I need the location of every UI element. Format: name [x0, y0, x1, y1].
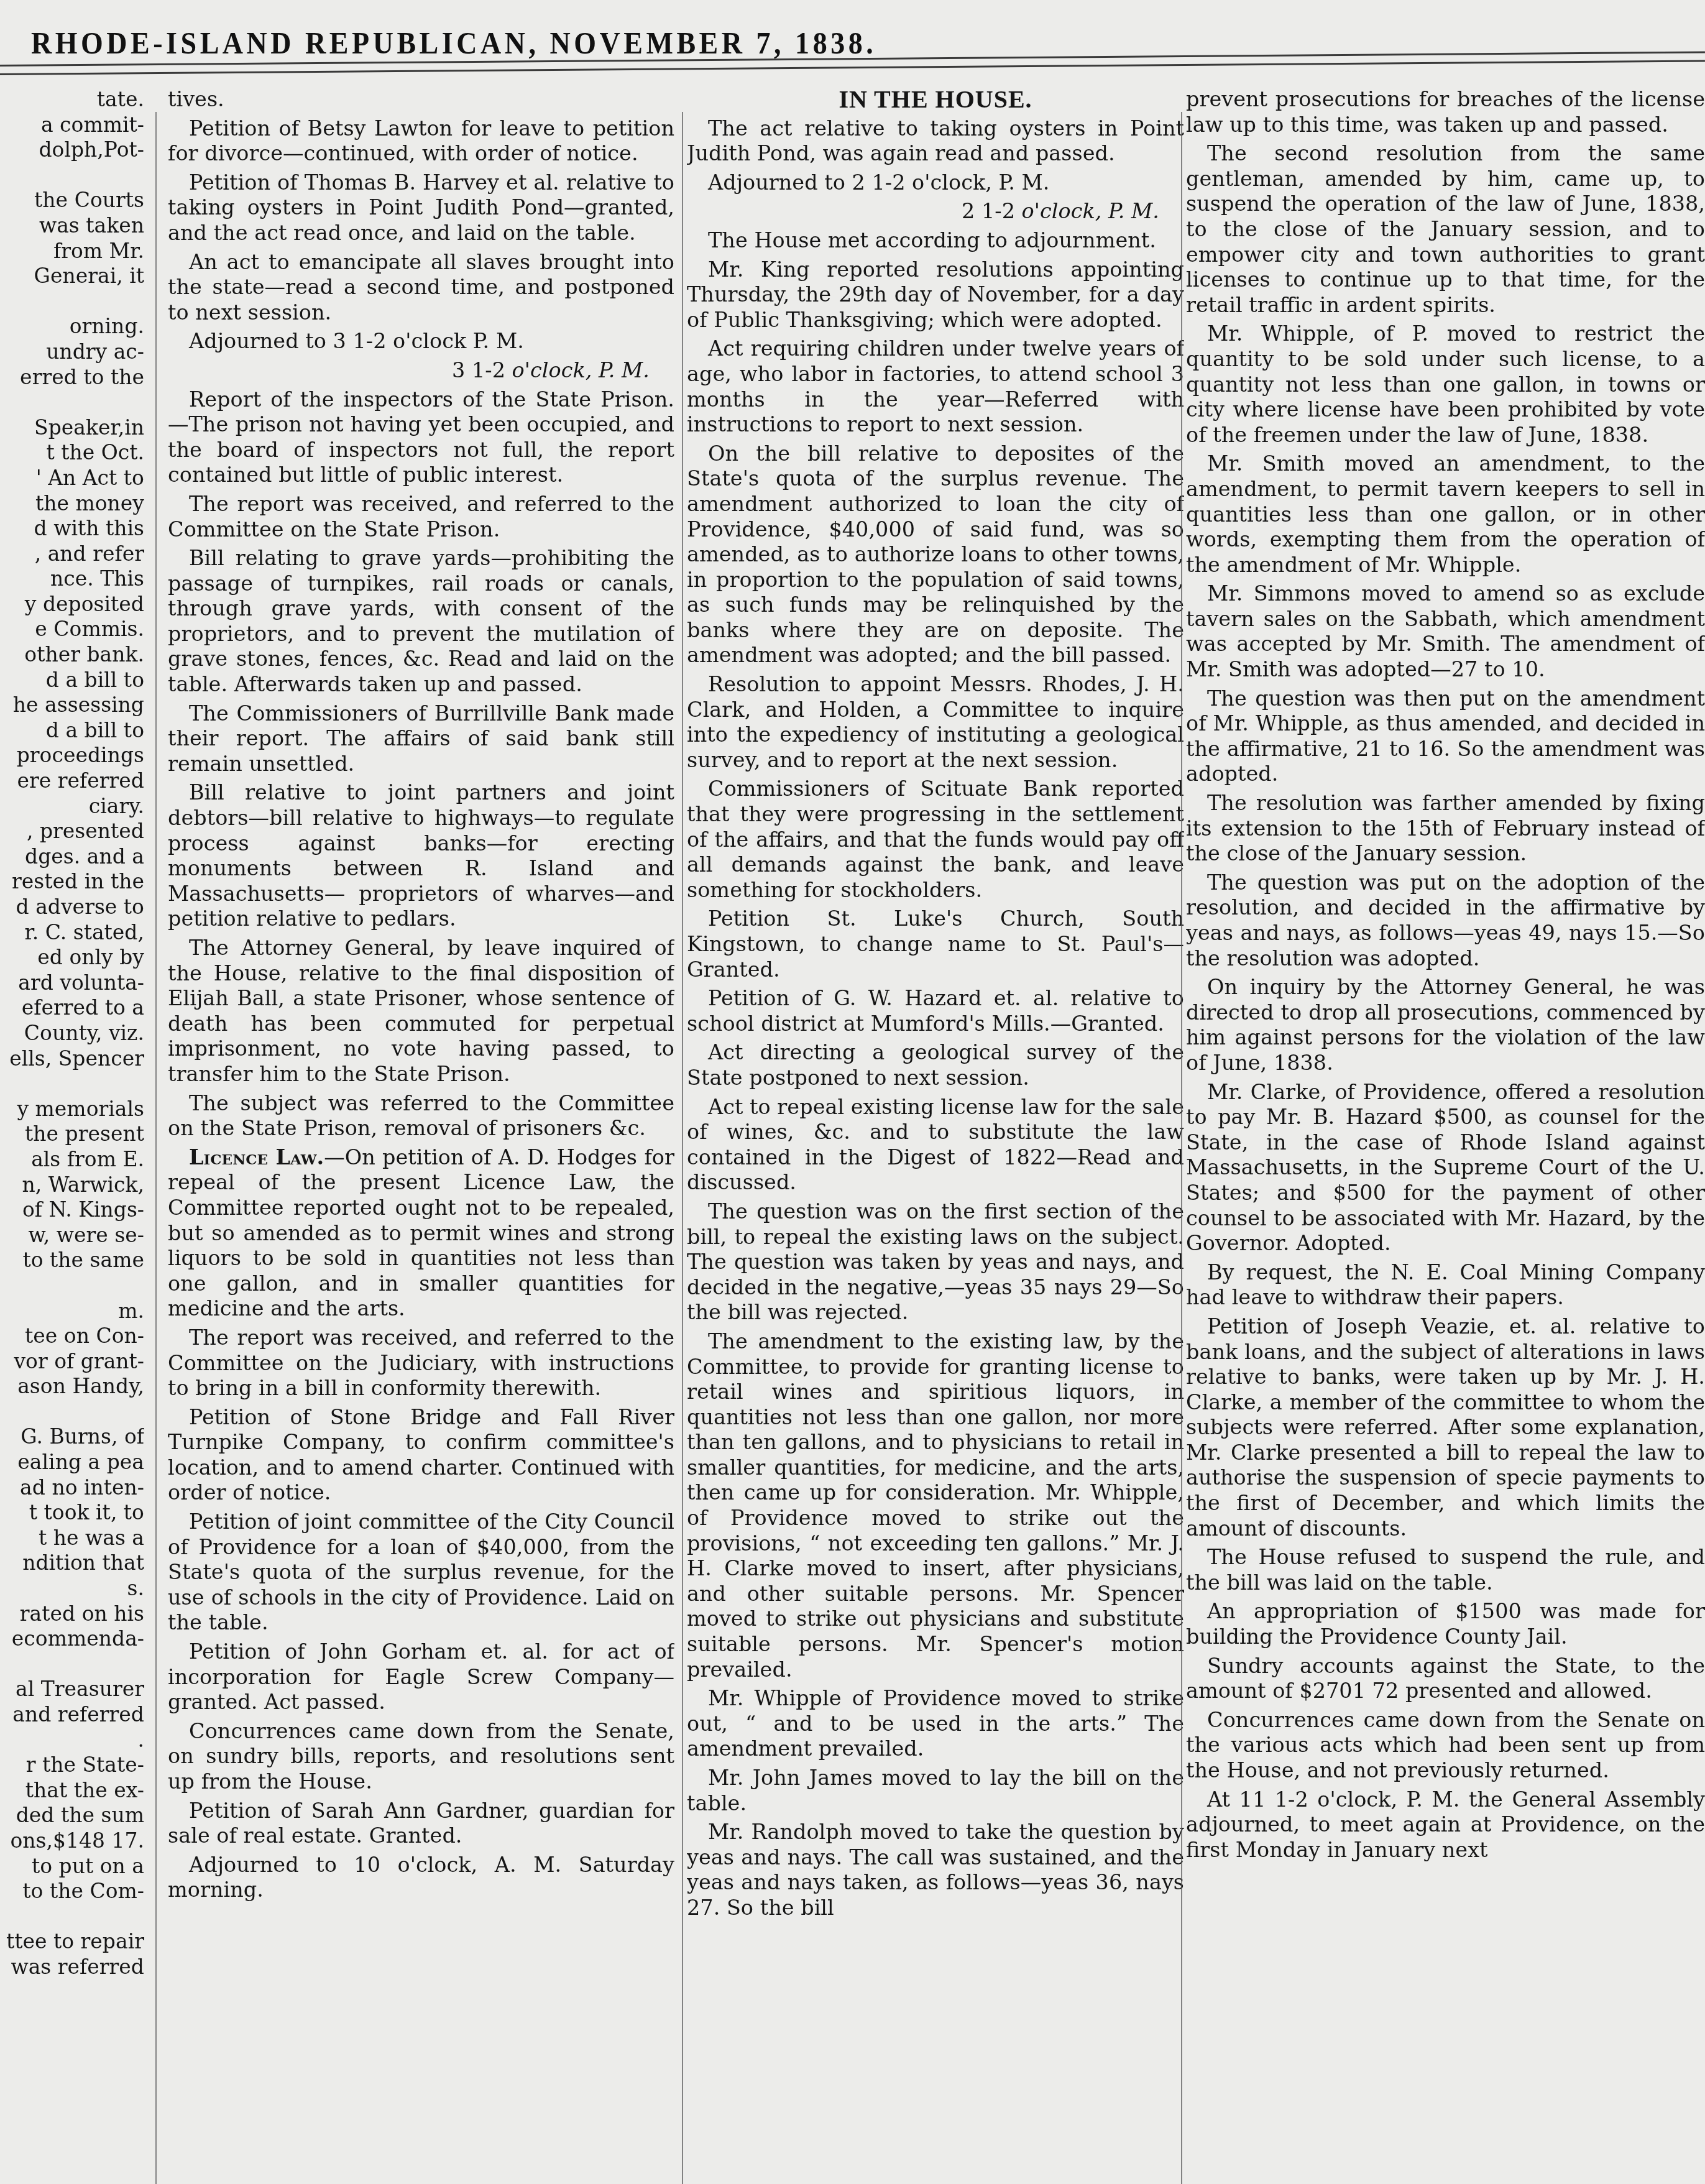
text-fragment: eferred to a: [0, 995, 144, 1021]
text-fragment: was referred: [0, 1955, 144, 1980]
newspaper-page: RHODE-ISLAND REPUBLICAN, NOVEMBER 7, 183…: [0, 0, 1705, 2184]
text-fragment: dolph,Pot-: [0, 137, 144, 163]
article-paragraph: On inquiry by the Attorney General, he w…: [1186, 975, 1705, 1076]
text-fragment: ason Handy,: [0, 1374, 144, 1399]
session-time-heading: 3 1-2 o'clock, P. M.: [168, 358, 674, 384]
article-paragraph: Sundry accounts against the State, to th…: [1186, 1654, 1705, 1704]
text-fragment: als from E.: [0, 1147, 144, 1173]
text-fragment: al Treasurer: [0, 1677, 144, 1702]
text-fragment: [0, 1652, 144, 1677]
text-fragment: [0, 1273, 144, 1299]
text-fragment: t took it, to: [0, 1500, 144, 1526]
text-fragment: y deposited: [0, 592, 144, 617]
column-senate-proceedings: tives.Petition of Betsy Lawton for leave…: [168, 87, 674, 2184]
article-paragraph: Report of the inspectors of the State Pr…: [168, 387, 674, 488]
column-divider: [682, 112, 683, 2184]
article-paragraph: The second resolution from the same gent…: [1186, 141, 1705, 318]
text-fragment: the money: [0, 491, 144, 517]
text-fragment: Generai, it: [0, 264, 144, 289]
text-fragment: ciary.: [0, 794, 144, 819]
article-paragraph: The subject was referred to the Committe…: [168, 1091, 674, 1141]
article-paragraph: An act to emancipate all slaves brought …: [168, 250, 674, 326]
text-fragment: [0, 1071, 144, 1097]
text-fragment: ttee to repair: [0, 1929, 144, 1955]
text-fragment: from Mr.: [0, 239, 144, 264]
article-paragraph: Bill relating to grave yards—prohibiting…: [168, 546, 674, 698]
text-fragment: proceedings: [0, 743, 144, 768]
article-paragraph: Act to repeal existing license law for t…: [687, 1095, 1184, 1196]
article-paragraph: An appropriation of $1500 was made for b…: [1186, 1599, 1705, 1649]
text-fragment: ard volunta-: [0, 970, 144, 996]
column-in-the-house: IN THE HOUSE. The act relative to taking…: [687, 87, 1184, 2184]
text-fragment: other bank.: [0, 642, 144, 668]
text-fragment: [0, 1399, 144, 1425]
text-fragment: County, viz.: [0, 1021, 144, 1046]
paragraph-heading: Licence Law.: [189, 1145, 324, 1169]
article-paragraph: On the bill relative to deposites of the…: [687, 441, 1184, 668]
article-paragraph: Licence Law.—On petition of A. D. Hodges…: [168, 1145, 674, 1322]
text-fragment: ded the sum: [0, 1803, 144, 1828]
article-paragraph: Mr. King reported resolutions appointing…: [687, 257, 1184, 333]
text-fragment: r the State-: [0, 1753, 144, 1778]
article-paragraph: The amendment to the existing law, by th…: [687, 1329, 1184, 1682]
text-fragment: n, Warwick,: [0, 1173, 144, 1198]
article-paragraph: Adjourned to 2 1-2 o'clock, P. M.: [687, 170, 1184, 196]
text-fragment: t he was a: [0, 1526, 144, 1551]
article-paragraph: Mr. Smith moved an amendment, to the ame…: [1186, 451, 1705, 578]
article-paragraph: The report was received, and referred to…: [168, 1325, 674, 1401]
article-paragraph: By request, the N. E. Coal Mining Compan…: [1186, 1260, 1705, 1311]
article-paragraph: At 11 1-2 o'clock, P. M. the General Ass…: [1186, 1787, 1705, 1863]
text-fragment: r. C. stated,: [0, 920, 144, 946]
text-fragment: [0, 1904, 144, 1930]
text-fragment: orning.: [0, 314, 144, 339]
article-paragraph: prevent prosecutions for breaches of the…: [1186, 87, 1705, 137]
text-fragment: d adverse to: [0, 895, 144, 920]
article-paragraph: The question was then put on the amendme…: [1186, 686, 1705, 787]
article-paragraph: Bill relative to joint partners and join…: [168, 780, 674, 932]
text-fragment: s.: [0, 1576, 144, 1601]
text-fragment: vor of grant-: [0, 1349, 144, 1375]
text-fragment: he assessing: [0, 693, 144, 718]
text-fragment: ealing a pea: [0, 1450, 144, 1475]
text-fragment: ons,$148 17.: [0, 1828, 144, 1854]
article-paragraph: Resolution to appoint Messrs. Rhodes, J.…: [687, 672, 1184, 773]
article-paragraph: The Attorney General, by leave inquired …: [168, 936, 674, 1087]
article-paragraph: The Commissioners of Burrillville Bank m…: [168, 701, 674, 777]
text-fragment: [0, 390, 144, 415]
article-paragraph: Mr. John James moved to lay the bill on …: [687, 1766, 1184, 1816]
article-paragraph: Mr. Clarke, of Providence, offered a res…: [1186, 1080, 1705, 1256]
text-fragment: ' An Act to: [0, 466, 144, 491]
text-fragment: G. Burns, of: [0, 1424, 144, 1450]
text-fragment: [0, 163, 144, 188]
text-fragment: that the ex-: [0, 1778, 144, 1804]
article-paragraph: Act requiring children under twelve year…: [687, 336, 1184, 437]
text-fragment: ed only by: [0, 945, 144, 970]
article-paragraph: The act relative to taking oysters in Po…: [687, 116, 1184, 167]
section-title-in-the-house: IN THE HOUSE.: [687, 87, 1184, 113]
time-number: 2 1-2: [962, 199, 1015, 223]
text-fragment: dges. and a: [0, 844, 144, 870]
article-paragraph: Mr. Whipple, of P. moved to restrict the…: [1186, 321, 1705, 448]
text-fragment: tate.: [0, 87, 144, 113]
column-divider: [155, 112, 157, 2184]
text-fragment: undry ac-: [0, 339, 144, 365]
text-fragment: Speaker,in: [0, 415, 144, 441]
text-fragment: to the same: [0, 1248, 144, 1273]
text-fragment: , and refer: [0, 541, 144, 567]
article-paragraph: Petition of G. W. Hazard et. al. relativ…: [687, 986, 1184, 1036]
text-fragment: to put on a: [0, 1854, 144, 1879]
article-paragraph: Petition of Joseph Veazie, et. al. relat…: [1186, 1314, 1705, 1541]
text-fragment: the present: [0, 1122, 144, 1147]
article-paragraph: Petition of Sarah Ann Gardner, guardian …: [168, 1799, 674, 1849]
article-paragraph: Petition of Stone Bridge and Fall River …: [168, 1405, 674, 1506]
article-paragraph: Concurrences came down from the Senate, …: [168, 1719, 674, 1795]
text-fragment: nce. This: [0, 566, 144, 592]
article-paragraph: The report was received, and referred to…: [168, 492, 674, 542]
text-fragment: ad no inten-: [0, 1475, 144, 1501]
article-paragraph: Act directing a geological survey of the…: [687, 1040, 1184, 1090]
text-fragment: was taken: [0, 213, 144, 239]
text-fragment: a commit-: [0, 113, 144, 138]
text-fragment: ecommenda-: [0, 1626, 144, 1652]
article-paragraph: Mr. Randolph moved to take the question …: [687, 1820, 1184, 1920]
text-fragment: .: [0, 1728, 144, 1753]
article-paragraph: Concurrences came down from the Senate o…: [1186, 1708, 1705, 1784]
article-paragraph: tives.: [168, 87, 674, 113]
article-paragraph: Adjourned to 10 o'clock, A. M. Saturday …: [168, 1853, 674, 1903]
text-fragment: w, were se-: [0, 1223, 144, 1248]
time-label: o'clock, P. M.: [512, 358, 650, 382]
text-fragment: y memorials: [0, 1097, 144, 1122]
article-paragraph: Petition of Betsy Lawton for leave to pe…: [168, 116, 674, 167]
article-paragraph: Petition St. Luke's Church, South Kingst…: [687, 906, 1184, 982]
paragraph-text: —On petition of A. D. Hodges for repeal …: [168, 1145, 674, 1321]
text-fragment: tee on Con-: [0, 1324, 144, 1349]
article-paragraph: Commissioners of Scituate Bank reported …: [687, 776, 1184, 903]
text-fragment: d a bill to: [0, 668, 144, 693]
article-paragraph: Adjourned to 3 1-2 o'clock P. M.: [168, 329, 674, 354]
text-fragment: the Courts: [0, 188, 144, 213]
time-number: 3 1-2: [452, 358, 505, 382]
text-fragment: e Commis.: [0, 617, 144, 642]
text-fragment: d with this: [0, 516, 144, 541]
column-cropped-left: tate.a commit-dolph,Pot-the Courtswas ta…: [0, 87, 144, 2184]
masthead-title: RHODE-ISLAND REPUBLICAN, NOVEMBER 7, 183…: [31, 25, 876, 61]
time-label: o'clock, P. M.: [1022, 199, 1159, 223]
text-fragment: m.: [0, 1299, 144, 1324]
article-paragraph: The question was on the first section of…: [687, 1199, 1184, 1325]
text-fragment: and referred: [0, 1702, 144, 1728]
article-paragraph: The House refused to suspend the rule, a…: [1186, 1545, 1705, 1595]
article-paragraph: The question was put on the adoption of …: [1186, 870, 1705, 971]
text-fragment: , presented: [0, 819, 144, 844]
text-fragment: erred to the: [0, 365, 144, 390]
article-paragraph: Petition of Thomas B. Harvey et al. rela…: [168, 170, 674, 246]
text-fragment: [0, 289, 144, 315]
text-fragment: ells, Spencer: [0, 1046, 144, 1072]
text-fragment: of N. Kings-: [0, 1197, 144, 1223]
column-divider: [1181, 112, 1182, 2184]
session-time-heading: 2 1-2 o'clock, P. M.: [687, 199, 1184, 224]
article-paragraph: The resolution was farther amended by fi…: [1186, 791, 1705, 867]
text-fragment: ndition that: [0, 1550, 144, 1576]
text-fragment: ere referred: [0, 768, 144, 794]
article-paragraph: Mr. Whipple of Providence moved to strik…: [687, 1686, 1184, 1762]
text-fragment: t the Oct.: [0, 440, 144, 466]
article-paragraph: Petition of joint committee of the City …: [168, 1509, 674, 1636]
text-fragment: to the Com-: [0, 1879, 144, 1904]
text-fragment: rated on his: [0, 1601, 144, 1627]
article-paragraph: Mr. Simmons moved to amend so as exclude…: [1186, 581, 1705, 682]
text-fragment: rested in the: [0, 869, 144, 895]
article-paragraph: Petition of John Gorham et. al. for act …: [168, 1639, 674, 1715]
text-fragment: d a bill to: [0, 718, 144, 744]
article-paragraph: The House met according to adjournment.: [687, 228, 1184, 254]
column-house-continued: prevent prosecutions for breaches of the…: [1186, 87, 1705, 2184]
